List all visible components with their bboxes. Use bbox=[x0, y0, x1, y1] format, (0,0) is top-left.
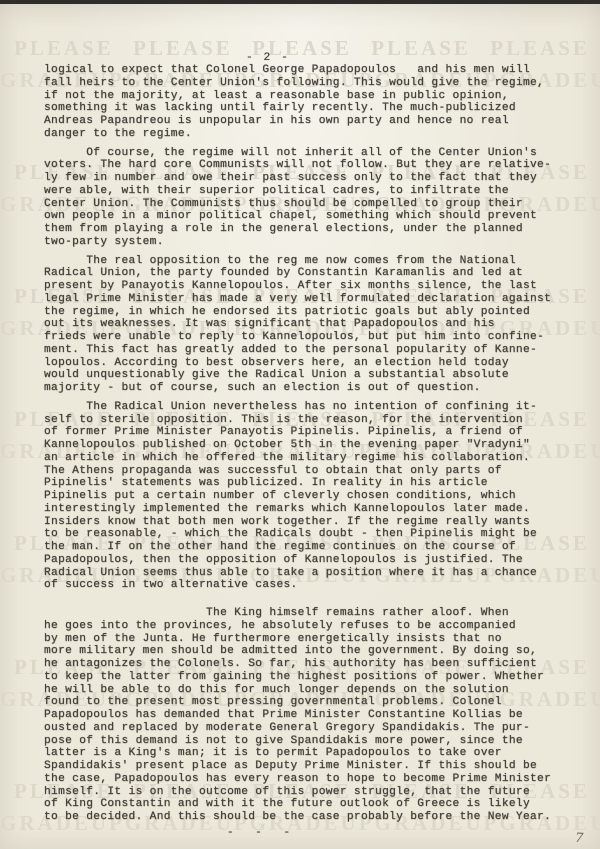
watermark-word: PLEASE bbox=[133, 38, 233, 59]
scan-edge-top bbox=[0, 0, 600, 4]
watermark-word: PLEASE bbox=[14, 38, 114, 59]
watermark-word: UPGRADE bbox=[590, 194, 600, 215]
paragraph: The real opposition to the reg me now co… bbox=[44, 255, 569, 395]
scanned-page: PLEASEPLEASEPLEASEPLEASEPLEASEUPGRADEUPG… bbox=[0, 0, 600, 849]
handwritten-page-number: 7 bbox=[574, 831, 583, 847]
watermark-word: UPGRADE bbox=[590, 565, 600, 586]
paragraph: The Radical Union nevertheless has no in… bbox=[44, 401, 569, 592]
watermark-word: PLEASE bbox=[490, 38, 590, 59]
watermark-word: UPGRADE bbox=[590, 441, 600, 462]
paragraph: The King himself remains rather aloof. W… bbox=[44, 607, 569, 824]
paragraph: logical to expect that Colonel George Pa… bbox=[44, 64, 569, 141]
watermark-word: UPGRADE bbox=[590, 318, 600, 339]
page-number-top: - 2 - bbox=[246, 52, 290, 64]
watermark-word: UPGRADE bbox=[590, 813, 600, 834]
footer-separator: - - - bbox=[227, 827, 290, 839]
watermark-word: UPGRADE bbox=[590, 70, 600, 91]
watermark-word: PLEASE bbox=[371, 38, 471, 59]
watermark-word: UPGRADE bbox=[590, 689, 600, 710]
document-body: logical to expect that Colonel George Pa… bbox=[44, 64, 569, 824]
paragraph: Of course, the regime will not inherit a… bbox=[44, 147, 569, 249]
